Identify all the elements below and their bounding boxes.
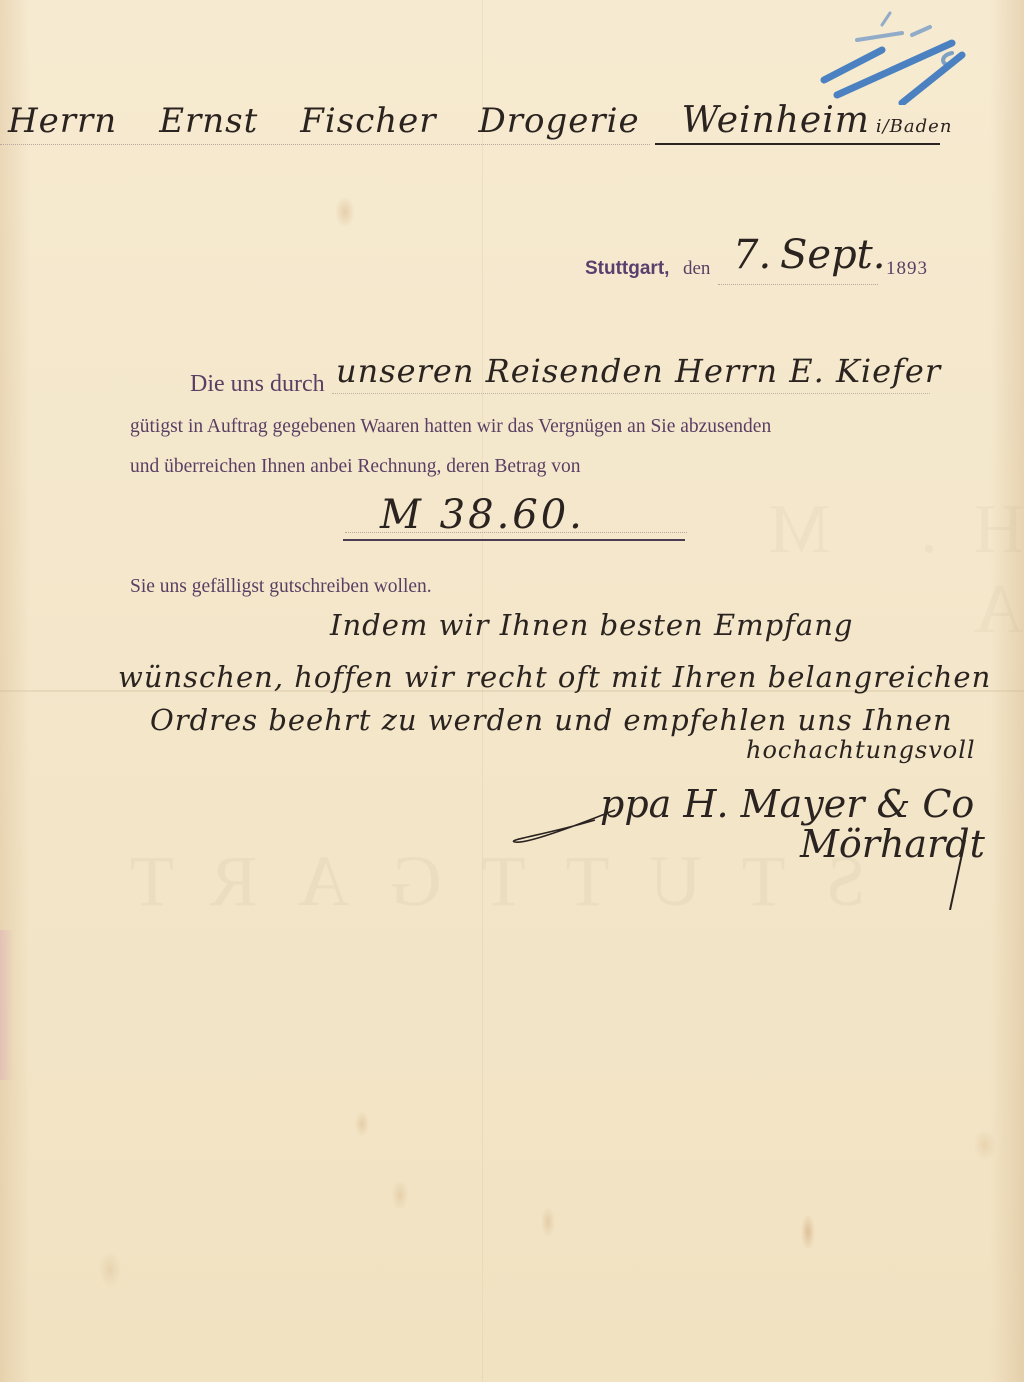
addressee-city: Weinheim [682, 100, 870, 141]
addressee-first-name: Ernst [159, 101, 258, 141]
body-para1-line2: gütigst in Auftrag gegebenen Waaren hatt… [130, 416, 771, 438]
addressee-business: Drogerie [479, 101, 640, 141]
addressee-last-name: Fischer [300, 101, 436, 141]
city-underline [655, 143, 940, 145]
body-para1-handwritten: unseren Reisenden Herrn E. Kiefer [336, 352, 941, 390]
blue-crayon-mark-icon [812, 5, 982, 105]
dateline-dotted-line [718, 284, 878, 285]
salutation: Herrn [8, 101, 117, 141]
body-para1-start: Die uns durch [190, 371, 325, 398]
body-para1-text: Die uns durch [190, 371, 325, 397]
para1-dotted-line [332, 393, 930, 394]
amount-underline [343, 539, 685, 541]
handwritten-note-line2: wünschen, hoffen wir recht oft mit Ihren… [118, 660, 991, 694]
addressee-dotted-line [0, 144, 650, 145]
handwritten-closing: hochachtungsvoll [746, 736, 976, 764]
signature-firm: ppa H. Mayer & Co [600, 782, 974, 826]
dateline-year: 1893 [886, 258, 928, 280]
margin-stain [0, 930, 14, 1080]
addressee-region: i/Baden [876, 116, 953, 137]
dateline-city: Stuttgart, [585, 258, 669, 280]
handwritten-note-line1: Indem wir Ihnen besten Empfang [330, 608, 853, 642]
dateline-day: 7. [733, 232, 771, 278]
dateline-month: Sept. [780, 232, 885, 278]
signature-name: Mörhardt [800, 822, 985, 866]
body-para1-line3: und überreichen Ihnen anbei Rechnung, de… [130, 456, 581, 478]
dateline-den: den [683, 258, 710, 280]
addressee: HerrnErnstFischerDrogerieWeinheimi/Baden [8, 100, 994, 141]
amount-dotted-line [345, 532, 687, 533]
body-para2: Sie uns gefälligst gutschreiben wollen. [130, 576, 432, 598]
handwritten-note-line3: Ordres beehrt zu werden und empfehlen un… [150, 703, 953, 737]
